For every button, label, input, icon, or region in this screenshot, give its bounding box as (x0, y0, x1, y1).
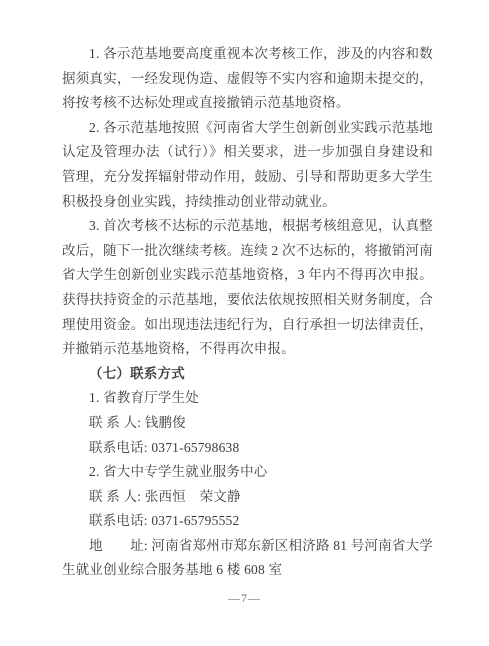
contact-person-1: 联 系 人: 钱鹏俊 (62, 411, 433, 436)
document-page: 1. 各示范基地要高度重视本次考核工作，涉及的内容和数据须真实，一经发现伪造、虚… (0, 0, 489, 646)
contact-org-2: 2. 省大中专学生就业服务中心 (62, 460, 433, 485)
paragraph-1: 1. 各示范基地要高度重视本次考核工作，涉及的内容和数据须真实，一经发现伪造、虚… (62, 42, 433, 116)
section-heading-contact: （七）联系方式 (62, 362, 433, 387)
paragraph-2: 2. 各示范基地按照《河南省大学生创新创业实践示范基地认定及管理办法（试行）》相… (62, 116, 433, 214)
contact-person-2: 联 系 人: 张西恒 荣文静 (62, 485, 433, 510)
paragraph-3: 3. 首次考核不达标的示范基地，根据考核组意见，认真整改后，随下一批次继续考核。… (62, 214, 433, 362)
contact-org-1: 1. 省教育厅学生处 (62, 386, 433, 411)
contact-phone-1: 联系电话: 0371-65798638 (62, 436, 433, 461)
page-number: —7— (0, 591, 489, 606)
contact-phone-2: 联系电话: 0371-65795552 (62, 509, 433, 534)
contact-address: 地 址: 河南省郑州市郑东新区相济路 81 号河南省大学生就业创业综合服务基地 … (62, 534, 433, 583)
